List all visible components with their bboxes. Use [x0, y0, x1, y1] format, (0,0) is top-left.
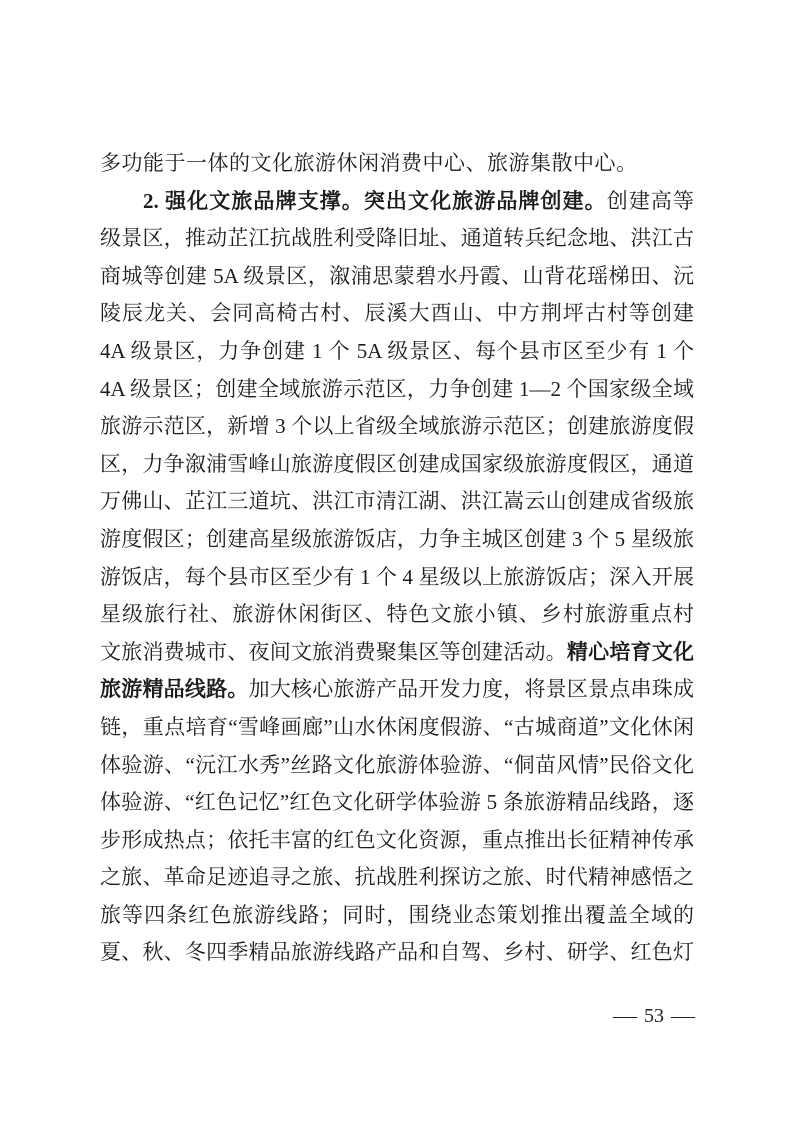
text-line: 体验游、“沅江水秀”丝路文化旅游体验游、“侗苗风情”民俗文化: [100, 747, 694, 785]
text-segment: 商城等创建 5A 级景区，溆浦思蒙碧水丹霞、山背花瑶梯田、沅: [100, 264, 694, 288]
text-segment: 夏、秋、冬四季精品旅游线路产品和自驾、乡村、研学、红色灯: [100, 940, 694, 964]
text-line: 4A 级景区，力争创建 1 个 5A 级景区、每个县市区至少有 1 个: [100, 333, 694, 371]
text-segment: 体验游、“沅江水秀”丝路文化旅游体验游、“侗苗风情”民俗文化: [100, 753, 694, 777]
text-line: 商城等创建 5A 级景区，溆浦思蒙碧水丹霞、山背花瑶梯田、沅: [100, 258, 694, 296]
bold-text-segment: 2. 强化文旅品牌支撑。突出文化旅游品牌创建。: [143, 189, 607, 213]
text-line: 4A 级景区；创建全域旅游示范区，力争创建 1—2 个国家级全域: [100, 371, 694, 409]
text-segment: 游饭店，每个县市区至少有 1 个 4 星级以上旅游饭店；深入开展: [100, 565, 694, 589]
text-segment: 旅等四条红色旅游线路；同时，围绕业态策划推出覆盖全域的春、: [100, 903, 694, 935]
text-segment: 旅游示范区，新增 3 个以上省级全域旅游示范区；创建旅游度假: [100, 414, 694, 438]
text-segment: 游度假区；创建高星级旅游饭店，力争主城区创建 3 个 5 星级旅: [100, 527, 694, 551]
text-line: 2. 强化文旅品牌支撑。突出文化旅游品牌创建。创建高等: [100, 183, 694, 221]
text-segment: 区，力争溆浦雪峰山旅游度假区创建成国家级旅游度假区，通道: [100, 452, 694, 476]
text-line: 游度假区；创建高星级旅游饭店，力争主城区创建 3 个 5 星级旅: [100, 521, 694, 559]
text-segment: 体验游、“红色记忆”红色文化研学体验游 5 条旅游精品线路，逐: [100, 790, 694, 814]
text-line: 体验游、“红色记忆”红色文化研学体验游 5 条旅游精品线路，逐: [100, 784, 694, 822]
text-segment: 级景区，推动芷江抗战胜利受降旧址、通道转兵纪念地、洪江古: [100, 226, 694, 250]
text-line: 级景区，推动芷江抗战胜利受降旧址、通道转兵纪念地、洪江古: [100, 220, 694, 258]
text-line: 链，重点培育“雪峰画廊”山水休闲度假游、“古城商道”文化休闲: [100, 709, 694, 747]
text-line: 夏、秋、冬四季精品旅游线路产品和自驾、乡村、研学、红色灯: [100, 934, 694, 972]
text-segment: 文旅消费城市、夜间文旅消费聚集区等创建活动。: [100, 640, 567, 664]
text-line: 之旅、革命足迹追寻之旅、抗战胜利探访之旅、时代精神感悟之: [100, 859, 694, 897]
text-line: 万佛山、芷江三道坑、洪江市清江湖、洪江嵩云山创建成省级旅: [100, 483, 694, 521]
document-page: 多功能于一体的文化旅游休闲消费中心、旅游集散中心。2. 强化文旅品牌支撑。突出文…: [0, 0, 793, 1122]
footer-right-dash: —: [671, 1003, 695, 1029]
text-line: 区，力争溆浦雪峰山旅游度假区创建成国家级旅游度假区，通道: [100, 446, 694, 484]
text-line: 步形成热点；依托丰富的红色文化资源，重点推出长征精神传承: [100, 822, 694, 860]
text-segment: 4A 级景区；创建全域旅游示范区，力争创建 1—2 个国家级全域: [100, 377, 694, 401]
text-block: 多功能于一体的文化旅游休闲消费中心、旅游集散中心。2. 强化文旅品牌支撑。突出文…: [100, 145, 694, 972]
text-line: 星级旅行社、旅游休闲街区、特色文旅小镇、乡村旅游重点村镇、: [100, 596, 694, 634]
text-segment: 万佛山、芷江三道坑、洪江市清江湖、洪江嵩云山创建成省级旅: [100, 489, 694, 513]
text-segment: 加大核心旅游产品开发力度，将景区景点串珠成: [249, 677, 694, 701]
text-segment: 创建高等: [607, 189, 694, 213]
text-segment: 星级旅行社、旅游休闲街区、特色文旅小镇、乡村旅游重点村镇、: [100, 602, 694, 634]
text-segment: 4A 级景区，力争创建 1 个 5A 级景区、每个县市区至少有 1 个: [100, 339, 694, 363]
text-line: 文旅消费城市、夜间文旅消费聚集区等创建活动。精心培育文化: [100, 634, 694, 672]
footer-left-dash: —: [613, 1003, 637, 1029]
text-segment: 链，重点培育“雪峰画廊”山水休闲度假游、“古城商道”文化休闲: [100, 715, 694, 739]
text-line: 旅游精品线路。加大核心旅游产品开发力度，将景区景点串珠成: [100, 671, 694, 709]
text-line: 旅游示范区，新增 3 个以上省级全域旅游示范区；创建旅游度假: [100, 408, 694, 446]
text-segment: 多功能于一体的文化旅游休闲消费中心、旅游集散中心。: [100, 151, 638, 175]
text-line: 陵辰龙关、会同高椅古村、辰溪大酉山、中方荆坪古村等创建: [100, 295, 694, 333]
text-line: 多功能于一体的文化旅游休闲消费中心、旅游集散中心。: [100, 145, 694, 183]
bold-text-segment: 旅游精品线路。: [100, 677, 249, 701]
text-line: 旅等四条红色旅游线路；同时，围绕业态策划推出覆盖全域的春、: [100, 897, 694, 935]
page-footer: — 53 —: [615, 1003, 693, 1029]
text-segment: 之旅、革命足迹追寻之旅、抗战胜利探访之旅、时代精神感悟之: [100, 865, 694, 889]
page-number: 53: [644, 1003, 664, 1029]
text-segment: 陵辰龙关、会同高椅古村、辰溪大酉山、中方荆坪古村等创建: [100, 301, 694, 325]
bold-text-segment: 精心培育文化: [567, 640, 694, 664]
text-line: 游饭店，每个县市区至少有 1 个 4 星级以上旅游饭店；深入开展: [100, 559, 694, 597]
text-segment: 步形成热点；依托丰富的红色文化资源，重点推出长征精神传承: [100, 828, 694, 852]
